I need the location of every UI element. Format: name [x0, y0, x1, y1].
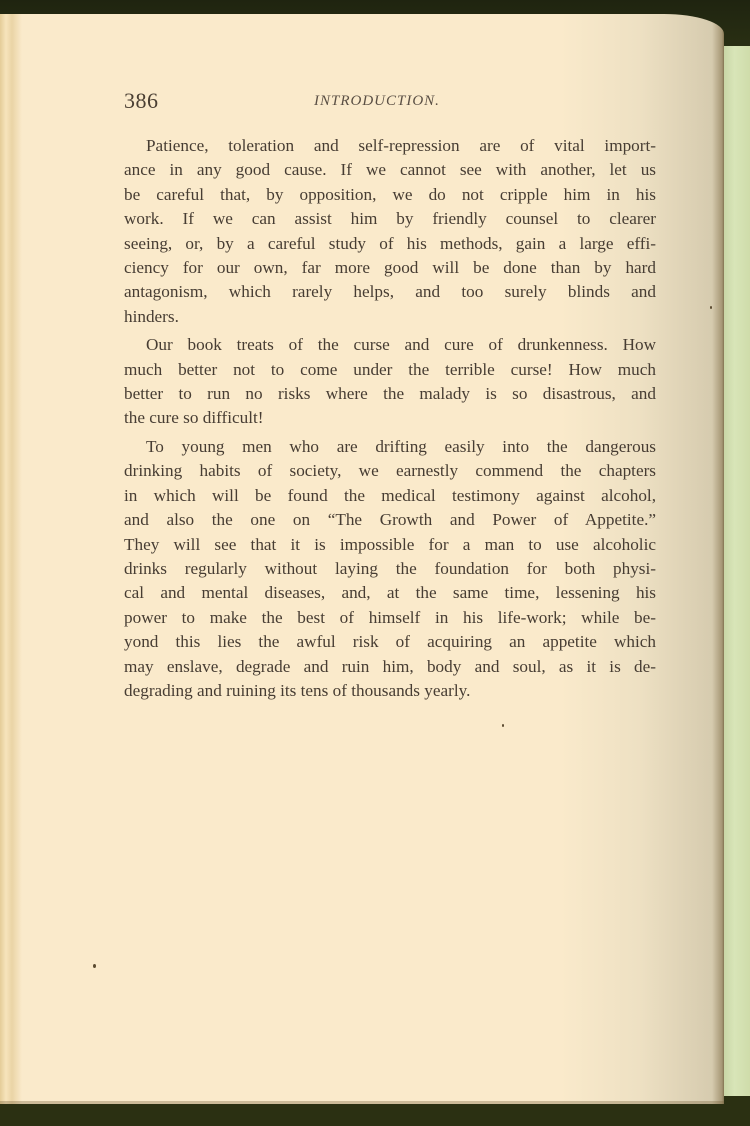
text-line: and also the one on “The Growth and Powe…	[124, 508, 656, 532]
text-line: cal and mental diseases, and, at the sam…	[124, 581, 656, 605]
paragraph-3: To young men who are drifting easily int…	[124, 435, 656, 703]
paragraph-2: Our book treats of the curse and cure of…	[124, 333, 656, 431]
text-line: ance in any good cause. If we cannot see…	[124, 158, 656, 182]
text-line: work. If we can assist him by friendly c…	[124, 207, 656, 231]
text-line: better to run no risks where the malady …	[124, 382, 656, 406]
text-line: drinks regularly without laying the foun…	[124, 557, 656, 581]
text-line: To young men who are drifting easily int…	[124, 435, 656, 459]
text-line: power to make the best of himself in his…	[124, 606, 656, 630]
text-line: Patience, toleration and self-repression…	[124, 134, 656, 158]
text-line: much better not to come under the terrib…	[124, 358, 656, 382]
paper-speck	[710, 306, 712, 309]
text-line: drinking habits of society, we earnestly…	[124, 459, 656, 483]
running-head: 386 INTRODUCTION.	[124, 88, 664, 118]
paragraph-1: Patience, toleration and self-repression…	[124, 134, 656, 329]
text-line: degrading and ruining its tens of thousa…	[124, 679, 656, 703]
page-number: 386	[124, 88, 159, 114]
text-line: may enslave, degrade and ruin him, body …	[124, 655, 656, 679]
paper-speck	[93, 964, 96, 968]
text-line: Our book treats of the curse and cure of…	[124, 333, 656, 357]
body-text: Patience, toleration and self-repression…	[124, 134, 656, 707]
text-line: yond this lies the awful risk of acquiri…	[124, 630, 656, 654]
paper-speck	[502, 724, 504, 727]
text-line: They will see that it is impossible for …	[124, 533, 656, 557]
text-line: the cure so difficult!	[124, 406, 656, 430]
text-line: be careful that, by opposition, we do no…	[124, 183, 656, 207]
text-line: ciency for our own, far more good will b…	[124, 256, 656, 280]
text-line: seeing, or, by a careful study of his me…	[124, 232, 656, 256]
text-line: antagonism, which rarely helps, and too …	[124, 280, 656, 304]
text-line: in which will be found the medical testi…	[124, 484, 656, 508]
running-title: INTRODUCTION.	[314, 93, 440, 110]
text-line: hinders.	[124, 305, 656, 329]
facing-page-edge	[724, 46, 750, 1096]
